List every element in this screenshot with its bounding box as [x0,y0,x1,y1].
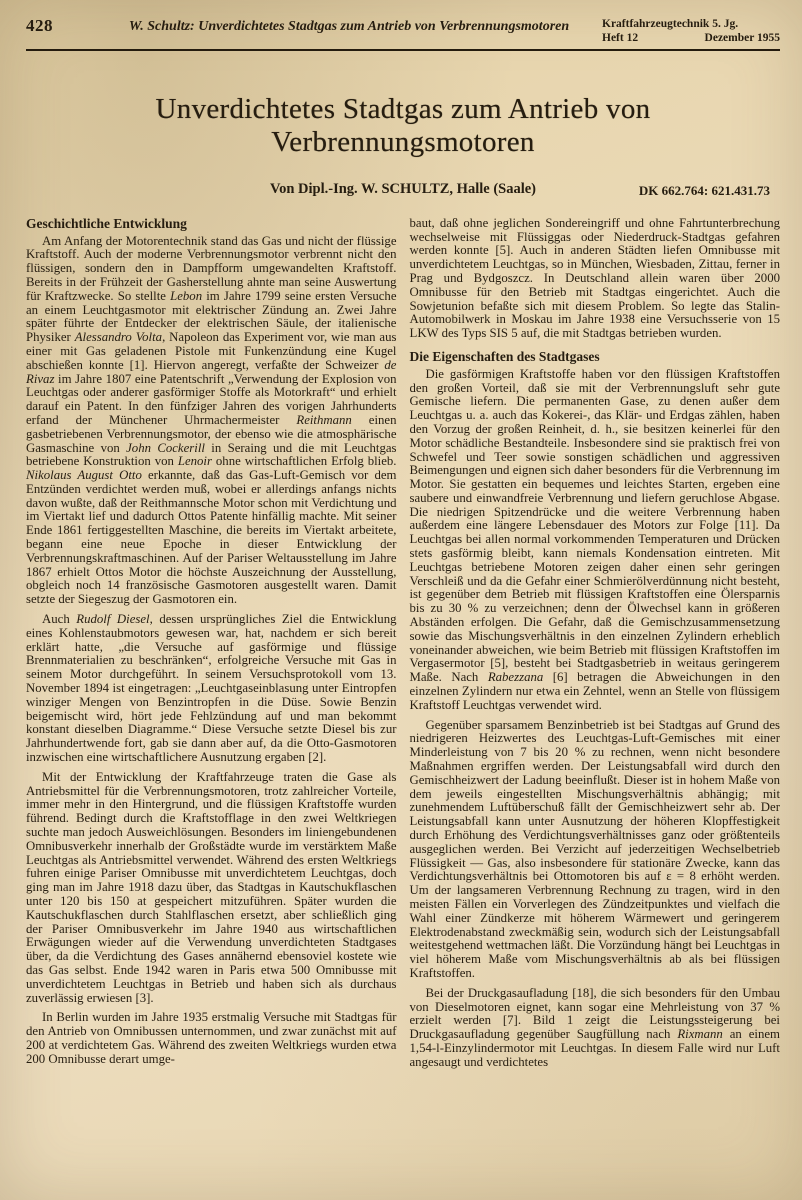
column-left: Geschichtliche EntwicklungAm Anfang der … [26,217,397,1076]
journal-issue: Heft 12 [602,31,638,45]
journal-volume: Kraftfahrzeugtechnik 5. Jg. [602,17,780,31]
paragraph: Mit der Entwicklung der Kraftfahrzeuge t… [26,771,397,1006]
paragraph: Am Anfang der Motorentechnik stand das G… [26,235,397,608]
article-title: Unverdichtetes Stadtgas zum Antrieb von … [26,93,780,159]
journal-date: Dezember 1955 [705,31,780,45]
page-number: 428 [26,16,96,36]
paragraph: Auch Rudolf Diesel, dessen ursprüngliche… [26,613,397,765]
paragraph: Bei der Druckgasaufladung [18], die sich… [410,987,781,1070]
section-heading: Geschichtliche Entwicklung [26,217,397,231]
paragraph: baut, daß ohne jeglichen Sondereingriff … [410,217,781,341]
paragraph: Die gasförmigen Kraftstoffe haben vor de… [410,368,781,713]
column-right: baut, daß ohne jeglichen Sondereingriff … [410,217,781,1076]
running-title: W. Schultz: Unverdichtetes Stadtgas zum … [96,16,602,35]
paragraph: In Berlin wurden im Jahre 1935 erstmalig… [26,1011,397,1066]
byline-row: Von Dipl.-Ing. W. SCHULTZ, Halle (Saale)… [26,181,780,201]
article-body: Geschichtliche EntwicklungAm Anfang der … [26,217,780,1076]
journal-page: 428 W. Schultz: Unverdichtetes Stadtgas … [0,0,802,1200]
header-rule [26,49,780,51]
section-heading: Die Eigenschaften des Stadtgases [410,350,781,364]
journal-info: Kraftfahrzeugtechnik 5. Jg. Heft 12 Deze… [602,16,780,46]
paragraph: Gegenüber sparsamem Benzinbetrieb ist be… [410,719,781,981]
dk-number: DK 662.764: 621.431.73 [639,183,770,199]
page-header: 428 W. Schultz: Unverdichtetes Stadtgas … [26,16,780,46]
